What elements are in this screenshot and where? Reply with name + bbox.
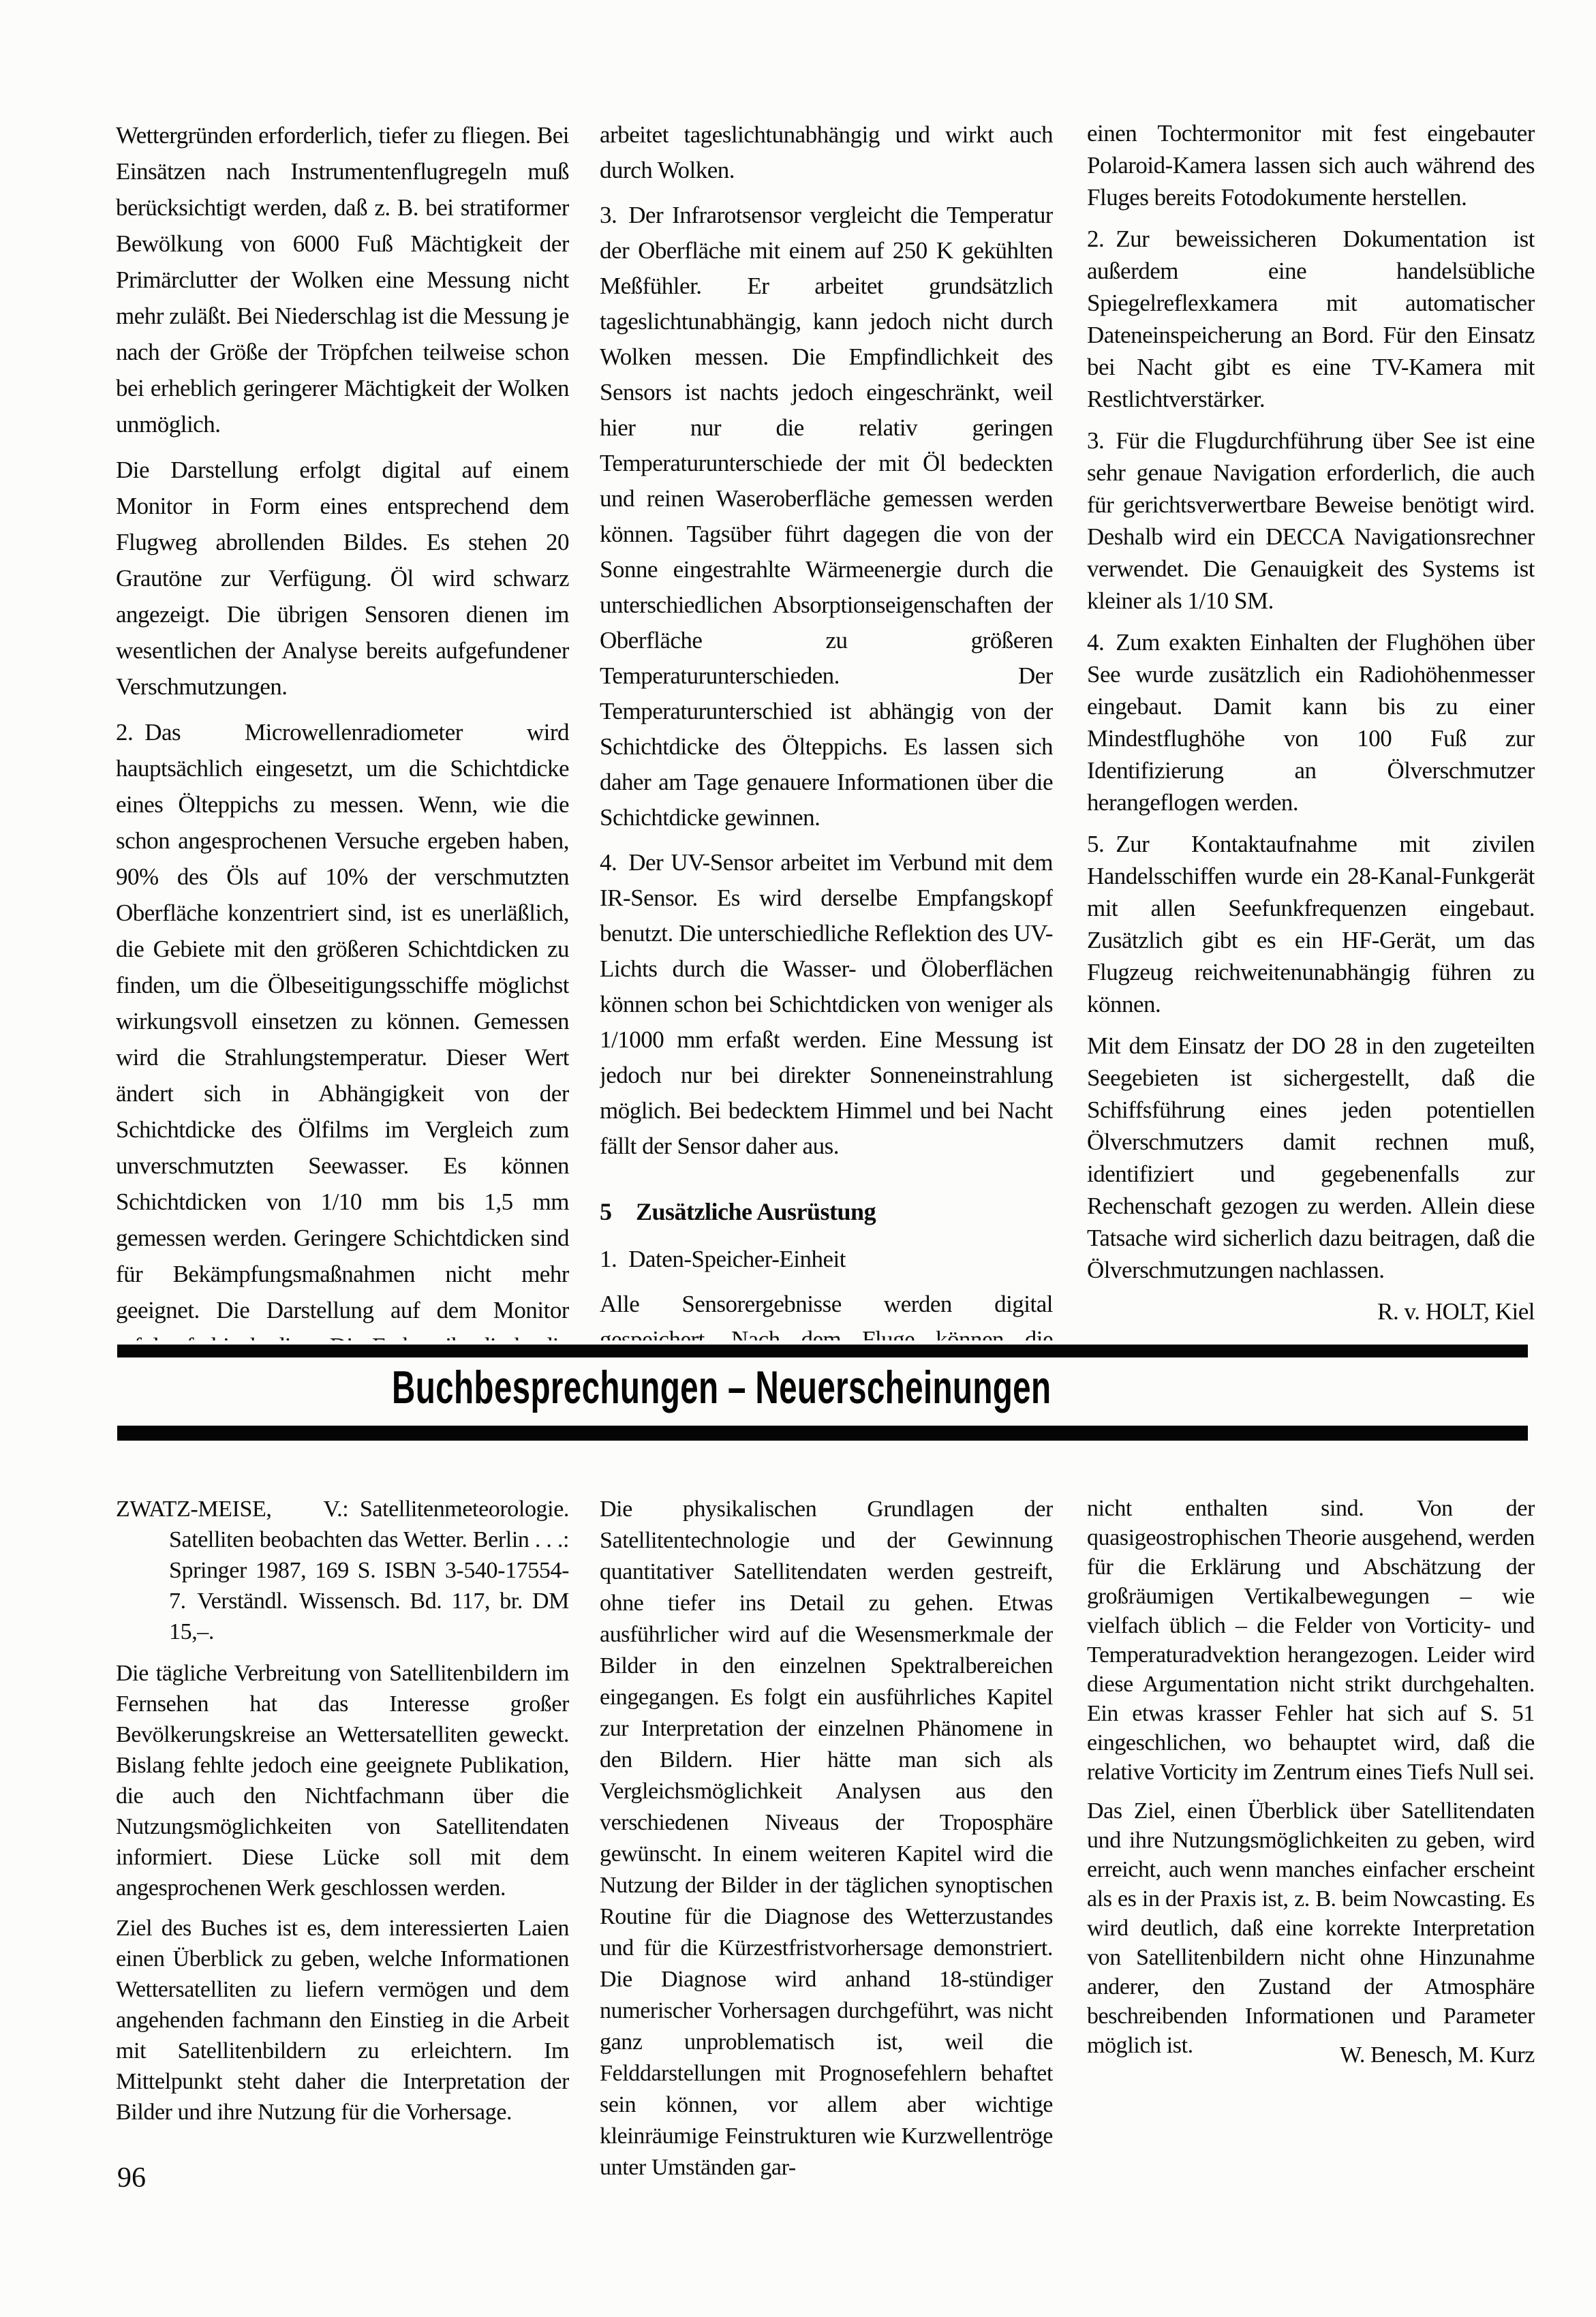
paragraph: Ziel des Buches ist es, dem interessiert… [116, 1913, 569, 2128]
banner-title: Buchbesprechungen – Neuerscheinungen [392, 1363, 1051, 1412]
paragraph: Das Ziel, einen Überblick über Satellite… [1087, 1796, 1535, 2060]
paragraph: 2. Das Microwellenradiometer wird haupts… [116, 714, 569, 1340]
paragraph: Die tägliche Verbreitung von Satellitenb… [116, 1658, 569, 1903]
paragraph: 3. Für die Flugdurchführung über See ist… [1087, 425, 1535, 617]
paragraph: Die Darstellung erfolgt digital auf eine… [116, 452, 569, 705]
paragraph: 4. Zum exakten Einhalten der Flughöhen ü… [1087, 626, 1535, 818]
review-column-2: Die physikalischen Grundlagen der Satell… [600, 1494, 1053, 2284]
article-column-1: Wettergründen erforderlich, tiefer zu fl… [116, 117, 569, 1340]
paragraph: Mit dem Einsatz der DO 28 in den zugetei… [1087, 1030, 1535, 1286]
banner-rule-bottom [117, 1426, 1528, 1441]
journal-page: Wettergründen erforderlich, tiefer zu fl… [0, 0, 1596, 2317]
review-column-1: ZWATZ-MEISE, V.: Satellitenmeteorologie.… [116, 1494, 569, 2284]
paragraph: 5. Zur Kontaktaufnahme mit zivilen Hande… [1087, 828, 1535, 1020]
review-column-3: nicht enthalten sind. Von der quasigeost… [1087, 1494, 1535, 2284]
paragraph: 4. Der UV-Sensor arbeitet im Verbund mit… [600, 845, 1053, 1164]
article-column-2: arbeitet tageslichtunabhängig und wirkt … [600, 117, 1053, 1340]
article-column-3: einen Tochtermonitor mit fest eingebaute… [1087, 117, 1535, 1340]
review-reference: ZWATZ-MEISE, V.: Satellitenmeteorologie.… [116, 1494, 569, 1647]
author-signature: R. v. HOLT, Kiel [1087, 1295, 1535, 1328]
section-heading: 5 Zusätzliche Ausrüstung [600, 1194, 1053, 1229]
paragraph: Alle Sensorergebnisse werden digital ges… [600, 1287, 1053, 1340]
banner-rule-top [117, 1345, 1528, 1357]
paragraph: einen Tochtermonitor mit fest eingebaute… [1087, 117, 1535, 213]
paragraph: 3. Der Infrarotsensor vergleicht die Tem… [600, 198, 1053, 835]
list-item: 1. Daten-Speicher-Einheit [600, 1242, 1053, 1277]
paragraph: arbeitet tageslichtunabhängig und wirkt … [600, 117, 1053, 188]
paragraph: Die physikalischen Grundlagen der Satell… [600, 1494, 1053, 2183]
paragraph: 2. Zur beweissicheren Dokumentation ist … [1087, 223, 1535, 415]
paragraph: Wettergründen erforderlich, tiefer zu fl… [116, 117, 569, 442]
paragraph: nicht enthalten sind. Von der quasigeost… [1087, 1494, 1535, 1787]
page-number: 96 [117, 2162, 146, 2194]
